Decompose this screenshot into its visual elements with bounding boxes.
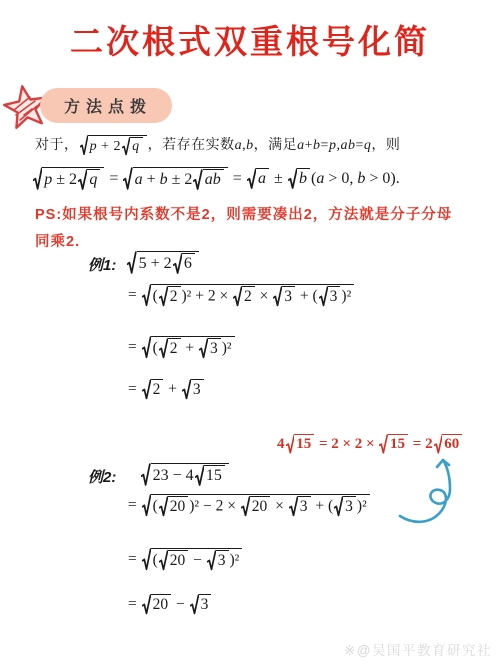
radicand: 2 bbox=[151, 379, 164, 401]
radicand: 23 − 415 bbox=[151, 463, 229, 487]
radical: 20 bbox=[142, 594, 171, 616]
radical: (2)² + 2 × 2 × 3 + (3)² bbox=[142, 284, 355, 308]
radical-sign-icon bbox=[319, 286, 328, 308]
radical: b bbox=[288, 168, 310, 190]
radicand: a + b ± 2ab bbox=[133, 167, 228, 191]
ps-note-line-1: PS:如果根号内系数不是2，则需要凑出2，方法就是分子分母 bbox=[35, 203, 452, 224]
radical-sign-icon bbox=[142, 548, 151, 572]
radical: q bbox=[78, 169, 100, 191]
radical-sign-icon bbox=[80, 135, 88, 156]
radicand: 3 bbox=[199, 594, 212, 616]
radical-sign-icon bbox=[142, 284, 151, 308]
ps-note-line-2: 同乘2. bbox=[35, 230, 80, 251]
radicand: 3 bbox=[216, 550, 229, 572]
example1-expression: 5 + 26 bbox=[126, 251, 200, 275]
radical: a bbox=[247, 168, 269, 190]
radical-sign-icon bbox=[122, 137, 130, 156]
example2-label: 例2: bbox=[88, 463, 116, 487]
radical-sign-icon bbox=[142, 336, 151, 360]
radicand: 20 bbox=[168, 550, 189, 572]
radical-sign-icon bbox=[173, 253, 182, 275]
radical-sign-icon bbox=[142, 379, 151, 401]
radical: (20 − 3)² bbox=[142, 548, 243, 572]
radical: (20)² − 2 × 20 × 3 + (3)² bbox=[142, 494, 370, 518]
radical-sign-icon bbox=[193, 169, 202, 191]
radical: 6 bbox=[173, 253, 195, 275]
radical: 3 bbox=[273, 286, 295, 308]
radical: 15 bbox=[195, 465, 225, 487]
radical: 2 bbox=[233, 286, 255, 308]
example2-step-3: = 20 − 3 bbox=[128, 594, 212, 616]
radicand: 20 bbox=[151, 594, 172, 616]
radicand: (2 + 3)² bbox=[151, 336, 235, 360]
radicand: q bbox=[87, 169, 100, 191]
example2-step-1: = (20)² − 2 × 20 × 3 + (3)² bbox=[128, 494, 371, 518]
radical-sign-icon bbox=[159, 286, 168, 308]
radical: 3 bbox=[190, 594, 212, 616]
radicand: 3 bbox=[191, 379, 204, 401]
radicand: 2 bbox=[242, 286, 255, 308]
radical-sign-icon bbox=[159, 550, 168, 572]
radical: (2 + 3)² bbox=[142, 336, 235, 360]
radical: 2 bbox=[159, 338, 181, 360]
radical-sign-icon bbox=[288, 168, 297, 190]
curved-arrow-icon bbox=[398, 452, 470, 526]
method-badge-label: 方法点拨 bbox=[64, 94, 152, 117]
radical-sign-icon bbox=[159, 338, 168, 360]
radical: 20 bbox=[159, 496, 188, 518]
radical-sign-icon bbox=[273, 286, 282, 308]
radical: 3 bbox=[207, 550, 229, 572]
radicand: 20 bbox=[250, 496, 271, 518]
radical: a + b ± 2ab bbox=[123, 167, 227, 191]
radical-sign-icon bbox=[207, 550, 216, 572]
example1-step-2: = (2 + 3)² bbox=[128, 336, 236, 360]
intro-line-1: 对于，p + 2q，若存在实数a,b，满足a+b=p,ab=q，则 bbox=[35, 134, 400, 157]
example1-step-3: = 2 + 3 bbox=[128, 379, 205, 401]
radical-sign-icon bbox=[334, 496, 343, 518]
radicand: 2 bbox=[168, 286, 181, 308]
radical-sign-icon bbox=[142, 494, 151, 518]
radicand: 2 bbox=[168, 338, 181, 360]
radical: 23 − 415 bbox=[141, 463, 229, 487]
radical-sign-icon bbox=[142, 594, 151, 616]
radical: 3 bbox=[319, 286, 341, 308]
radicand: (20)² − 2 × 20 × 3 + (3)² bbox=[151, 494, 370, 518]
radicand: 15 bbox=[204, 465, 225, 487]
intro-line-2: p ± 2q = a + b ± 2ab = a ± b(a > 0, b > … bbox=[32, 167, 400, 191]
radical-sign-icon bbox=[241, 496, 250, 518]
radical-sign-icon bbox=[286, 434, 295, 455]
page-title: 二次根式双重根号化简 bbox=[0, 16, 500, 63]
example2-step-2: = (20 − 3)² bbox=[128, 548, 243, 572]
radicand: 3 bbox=[282, 286, 295, 308]
radical: p ± 2q bbox=[33, 167, 104, 191]
radical: 3 bbox=[334, 496, 356, 518]
radicand: b bbox=[297, 168, 310, 190]
radical: 3 bbox=[199, 338, 221, 360]
example1-heading: 例1: 5 + 26 bbox=[88, 251, 200, 275]
radicand: 20 bbox=[168, 496, 189, 518]
radical-sign-icon bbox=[195, 465, 204, 487]
radical-sign-icon bbox=[379, 434, 388, 455]
radicand: 3 bbox=[328, 286, 341, 308]
radical: 2 bbox=[142, 379, 164, 401]
radicand: p ± 2q bbox=[42, 167, 104, 191]
example2-expression: 23 − 415 bbox=[140, 463, 230, 487]
radical-sign-icon bbox=[123, 167, 132, 191]
radical-sign-icon bbox=[127, 251, 136, 275]
example1-label: 例1: bbox=[88, 251, 116, 275]
radicand: (20 − 3)² bbox=[151, 548, 243, 572]
radicand: 3 bbox=[298, 496, 311, 518]
radicand: q bbox=[130, 137, 143, 156]
radical-sign-icon bbox=[182, 379, 191, 401]
radicand: 6 bbox=[182, 253, 195, 275]
note-page: 二次根式双重根号化简 方法点拨 对于，p + 2q，若存在实数a,b，满足a+b… bbox=[0, 0, 500, 667]
radical: p + 2q bbox=[80, 135, 147, 156]
radical-sign-icon bbox=[247, 168, 256, 190]
radicand: 3 bbox=[343, 496, 356, 518]
radical-sign-icon bbox=[78, 169, 87, 191]
radical: 2 bbox=[159, 286, 181, 308]
radical: q bbox=[122, 137, 143, 156]
radicand: (2)² + 2 × 2 × 3 + (3)² bbox=[151, 284, 355, 308]
radicand: 15 bbox=[294, 434, 314, 455]
radical: 3 bbox=[289, 496, 311, 518]
method-badge: 方法点拨 bbox=[40, 88, 172, 123]
example2-heading: 例2: 23 − 415 bbox=[88, 463, 230, 487]
radicand: ab bbox=[203, 169, 224, 191]
radical-sign-icon bbox=[33, 167, 42, 191]
radical: 20 bbox=[159, 550, 188, 572]
radical-sign-icon bbox=[233, 286, 242, 308]
radical: 20 bbox=[241, 496, 270, 518]
radical-sign-icon bbox=[289, 496, 298, 518]
radicand: 5 + 26 bbox=[137, 251, 199, 275]
watermark: ※@吴国平教育研究社 bbox=[344, 639, 492, 659]
radical: ab bbox=[193, 169, 223, 191]
radical: 15 bbox=[286, 434, 315, 455]
radical: 3 bbox=[182, 379, 204, 401]
radicand: 3 bbox=[208, 338, 221, 360]
radicand: a bbox=[256, 168, 269, 190]
radical-sign-icon bbox=[141, 463, 150, 487]
example1-step-1: = (2)² + 2 × 2 × 3 + (3)² bbox=[128, 284, 355, 308]
radicand: p + 2q bbox=[88, 135, 147, 156]
radical: 5 + 26 bbox=[127, 251, 199, 275]
radical-sign-icon bbox=[159, 496, 168, 518]
radical-sign-icon bbox=[190, 594, 199, 616]
radical-sign-icon bbox=[199, 338, 208, 360]
